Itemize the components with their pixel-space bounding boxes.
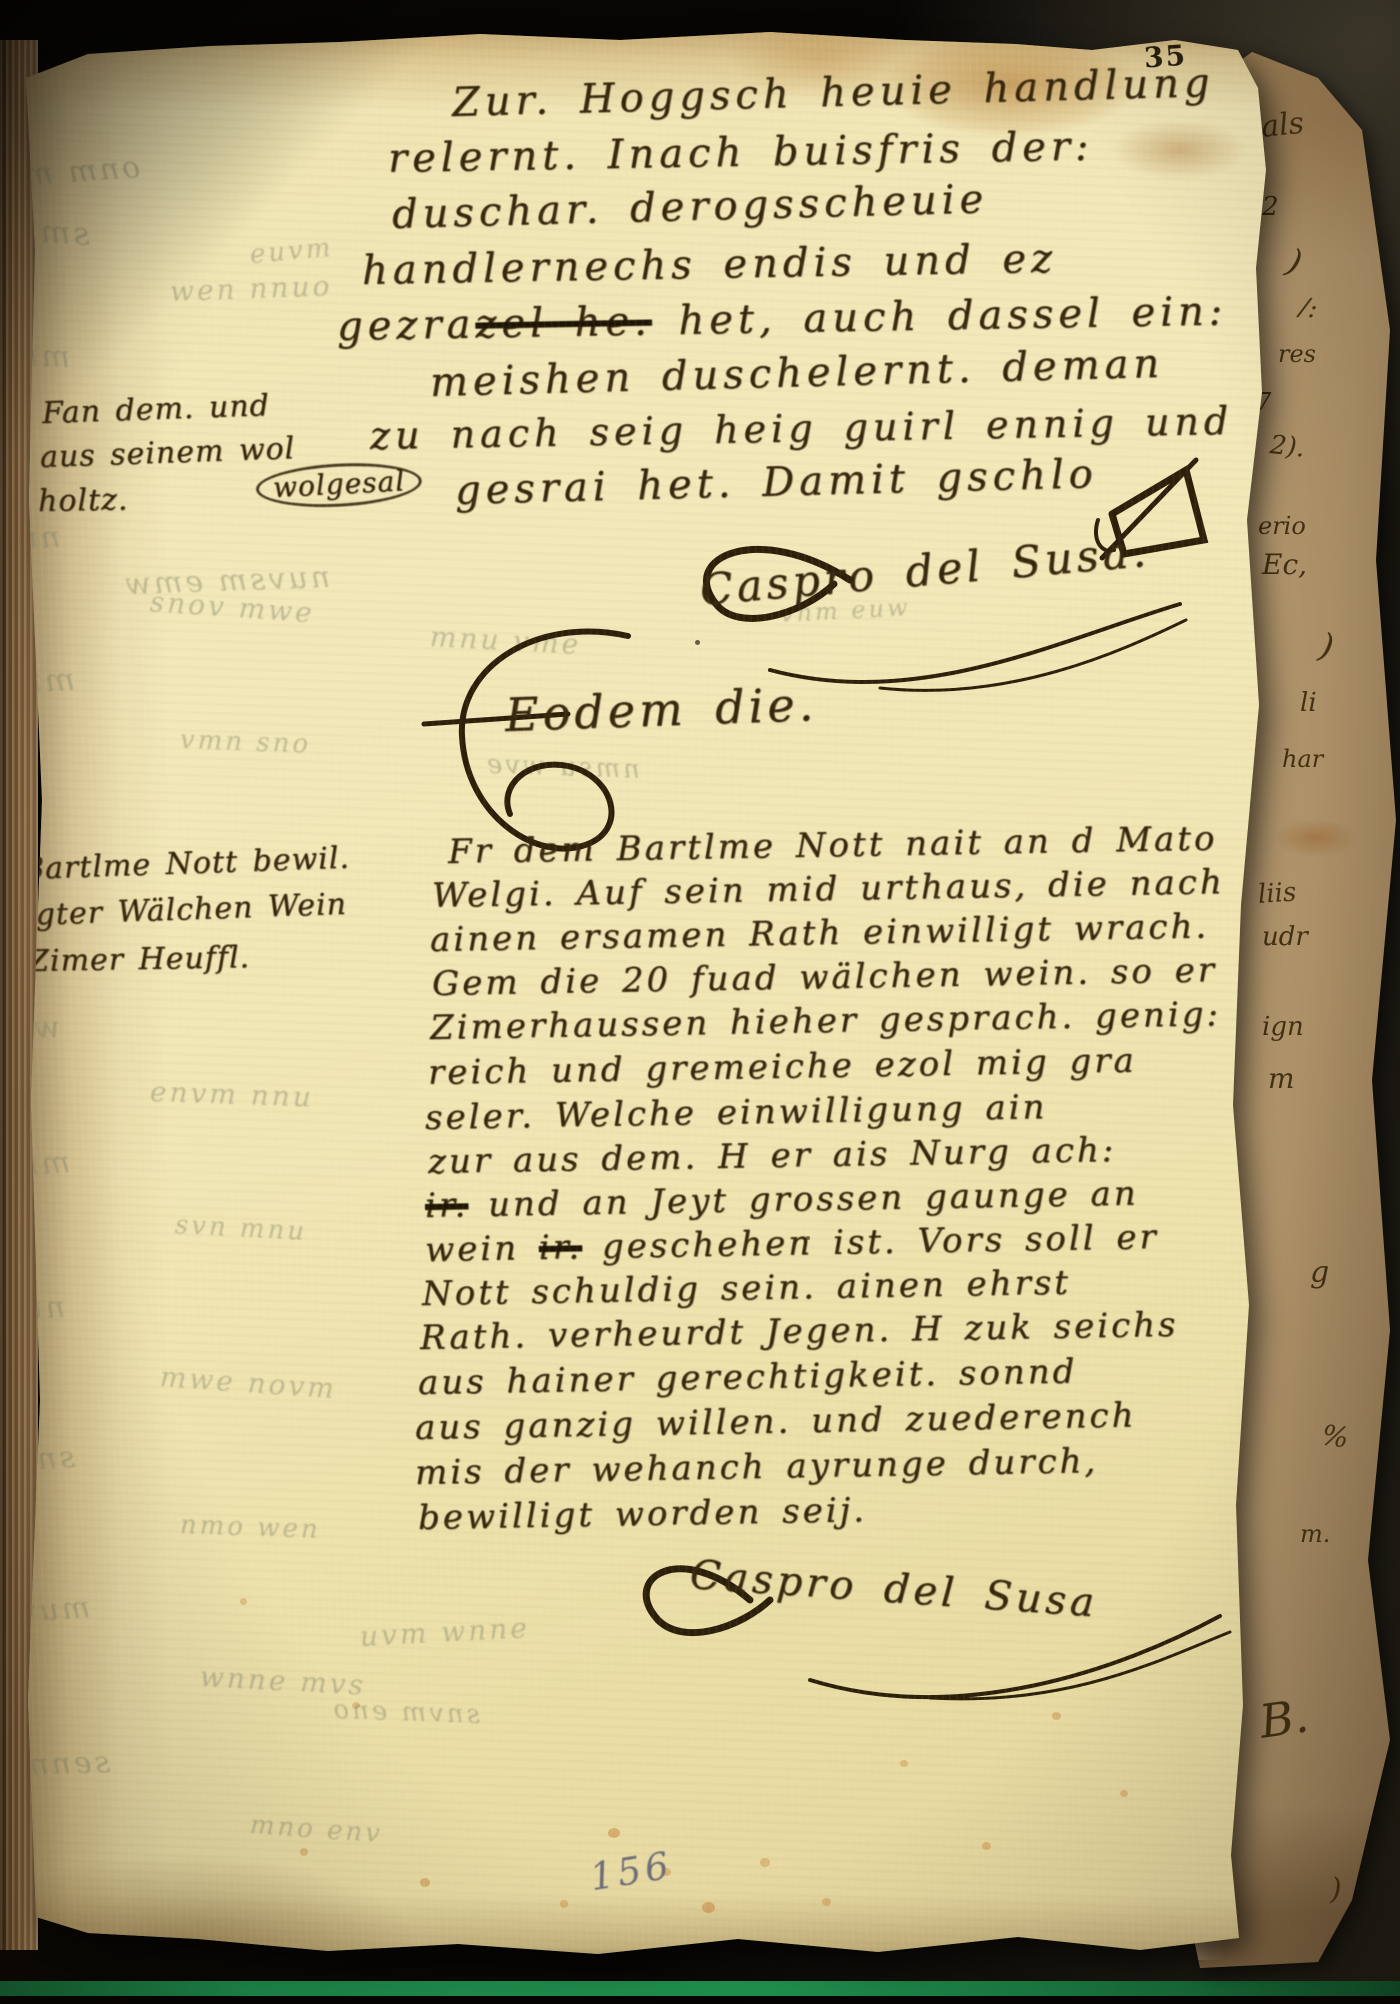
- bleedthrough-line: mno wvne: [0, 1145, 71, 1192]
- signature2-flourish: [600, 1520, 1260, 1740]
- bleedthrough-line: snov mwe: [149, 585, 316, 629]
- script-line: handlernechs endis und ez: [362, 236, 1058, 294]
- script-line: gezrazel he. het, auch dassel ein:: [337, 288, 1228, 350]
- bleedthrough-line: nmsu wve: [483, 750, 640, 785]
- bleedthrough-line: mnu vme: [429, 620, 582, 661]
- foxing-spot: [822, 1898, 831, 1906]
- foxing-spot: [300, 1848, 308, 1856]
- ink-speck: [695, 640, 700, 645]
- bleedthrough-line: wnm suvn: [0, 1010, 61, 1054]
- page-wrap: onm mwensmne uvnm mowen nnuomnv svneeuvm…: [0, 0, 1400, 2004]
- foxing-spot: [662, 1868, 671, 1876]
- script-line: Rath. verheurdt Jegen. H zuk seichs: [420, 1305, 1179, 1358]
- script-line: seler. Welche einwilligung ain: [425, 1087, 1048, 1138]
- script-line: aus ganzig willen. und zuederench: [415, 1395, 1137, 1448]
- foxing-spot: [608, 1828, 620, 1838]
- page-number: 35: [1143, 39, 1188, 75]
- script-line: Welgi. Auf sein mid urthaus, die nach: [432, 862, 1225, 916]
- bleedthrough-line: snvm eno: [330, 1695, 480, 1730]
- foxing-spot: [560, 1900, 568, 1908]
- script-line: duschar. derogsscheuie: [391, 176, 988, 238]
- bleedthrough-line: uvm wnne: [359, 1611, 530, 1653]
- script-line: zu nach seig heig guirl ennig und: [370, 399, 1234, 458]
- bleedthrough-line: wnne mvs: [199, 1660, 367, 1702]
- foxing-spot: [1120, 1790, 1128, 1797]
- ink-speck: [806, 1236, 810, 1240]
- text-segment: gezra: [337, 302, 476, 350]
- closing-box-mark: [1092, 450, 1232, 575]
- margin-note-line: Fan dem. und: [41, 388, 270, 431]
- bleedthrough-line: num envu me: [0, 520, 61, 563]
- foxing-spot: [702, 1902, 715, 1913]
- bleedthrough-line: envm nnu: [149, 1075, 314, 1114]
- bleedthrough-line: smne uvnm mo: [0, 200, 91, 253]
- script-line: ir. und an Jeyt grossen gaunge an: [425, 1174, 1139, 1226]
- heading-eodem-die: Eodem die.: [504, 677, 818, 742]
- script-line: Nott schuldig sein. ainen ehrst: [422, 1263, 1072, 1314]
- margin-note-line: holtz.: [38, 482, 129, 519]
- foxing-spot: [1052, 1712, 1061, 1720]
- signature2: Caspro del Susa: [688, 1552, 1099, 1626]
- text-segment: wein: [425, 1228, 539, 1270]
- signature1-flourish: [620, 520, 1220, 730]
- script-line: meishen duschelernt. deman: [429, 341, 1164, 406]
- bleedthrough-line: onm mwen: [0, 150, 141, 198]
- bleedthrough-line: nuvsm emw: [122, 560, 331, 602]
- script-line: gesrai het. Damit gschlo: [454, 451, 1098, 514]
- bleedthrough-line: mwe novm: [159, 1360, 338, 1405]
- text-segment: geschehen ist. Vors soll er: [582, 1217, 1159, 1267]
- struck-text: ir.: [425, 1185, 469, 1226]
- bleedthrough-line: nuem wsn: [0, 1290, 66, 1331]
- text-segment: het, auch dassel ein:: [651, 288, 1227, 344]
- margin-note-line: Zimer Heuffl.: [28, 940, 251, 979]
- script-line: wein ir. geschehen ist. Vors soll er: [425, 1217, 1159, 1270]
- script-line: ainen ersamen Rath einwilligt wrach.: [430, 906, 1210, 960]
- bleedthrough-line: mno env: [249, 1810, 384, 1849]
- heading-flourish: [418, 606, 688, 886]
- script-line: Zur. Hoggsch heuie handlung: [451, 60, 1215, 126]
- script-line: zur aus dem. H er ais Nurg ach:: [428, 1130, 1117, 1182]
- manuscript-page: onm mwensmne uvnm mowen nnuomnv svneeuvm…: [0, 0, 1400, 2004]
- struck-text: ir.: [538, 1227, 582, 1268]
- bleedthrough-line: svn mnu: [174, 1210, 308, 1247]
- script-line: bewilligt worden seij.: [418, 1490, 868, 1538]
- text-segment: und an Jeyt grossen gaunge an: [468, 1174, 1139, 1226]
- struck-text: zel he.: [475, 299, 652, 348]
- foxing-spot: [240, 1598, 247, 1605]
- script-line: mis der wehanch ayrunge durch,: [415, 1441, 1099, 1493]
- foxing-spot: [352, 1702, 360, 1709]
- bleedthrough-line: snu vnme: [0, 1440, 76, 1484]
- script-line: relernt. Inach buisfris der:: [388, 124, 1094, 182]
- script-line: aus hainer gerechtigkeit. sonnd: [418, 1351, 1078, 1403]
- bleedthrough-line: muv snoe: [0, 1590, 91, 1637]
- bleedthrough-line: mre unnv: [0, 660, 76, 707]
- bleedthrough-line: vmn sno: [179, 725, 311, 760]
- bleedthrough-line: mnv svne: [0, 334, 71, 375]
- circled-insertion-word: wolgesal: [255, 459, 423, 511]
- script-line: Zimerhaussen hieher gesprach. genig:: [430, 994, 1222, 1048]
- bleedthrough-line: euvm: [249, 233, 335, 270]
- manuscript-scan: nals2)/:res72).erioEc,)liharliisudrignmg…: [0, 0, 1400, 2004]
- bleedthrough-line: senm uvw: [0, 1745, 111, 1786]
- margin-note-line: igter Wälchen Wein: [24, 887, 347, 933]
- script-line: reich und gremeiche ezol mig gra: [428, 1041, 1137, 1093]
- foxing-spot: [420, 1878, 430, 1887]
- margin-note-line: Bartlme Nott bewil.: [21, 841, 350, 887]
- bleedthrough-line: vnm euw: [779, 593, 911, 628]
- foxing-spot: [982, 1842, 991, 1850]
- margin-note-line: aus seinem wol: [39, 431, 295, 475]
- folio-number: 156: [587, 1844, 675, 1899]
- bleedthrough-line: nmo wen: [179, 1510, 321, 1545]
- foxing-spot: [900, 1760, 908, 1767]
- bleedthrough-line: wen nnuo: [169, 269, 332, 308]
- script-line: Fr dem Bartlme Nott nait an d Mato: [448, 819, 1218, 872]
- signature1: Caspro del Susa.: [698, 527, 1152, 616]
- foxing-spot: [760, 1858, 770, 1867]
- script-line: Gem die 20 fuad wälchen wein. so er: [432, 950, 1218, 1004]
